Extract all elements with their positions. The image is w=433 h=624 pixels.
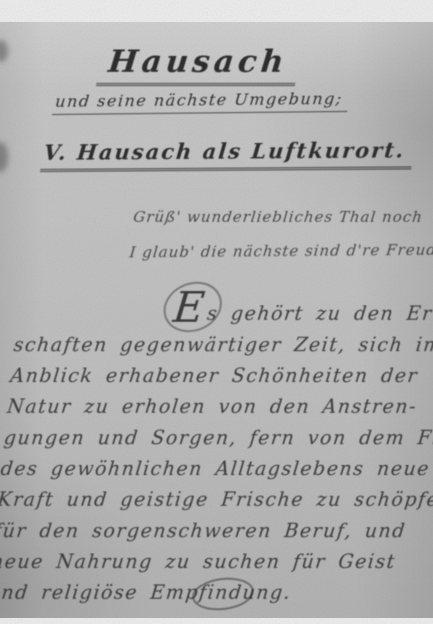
paragraph-line: des gewöhnlichen Alltagslebens neue bbox=[0, 454, 433, 485]
paragraph-line: Es gehört zu den Errungen- bbox=[15, 290, 433, 330]
paragraph-line: für den sorgenschweren Beruf, und bbox=[0, 516, 433, 547]
page-subtitle: und seine nächste Umgebung; bbox=[52, 89, 350, 115]
paragraph-line: Anblick erhabener Schönheiten der bbox=[9, 361, 433, 392]
body-paragraph: Es gehört zu den Errungen- schaften gege… bbox=[0, 290, 433, 609]
motto-line: Grüß' wunderliebliches Thal noch bbox=[132, 200, 433, 234]
paragraph-text: s gehört zu den Errungen- bbox=[206, 303, 433, 325]
paragraph-line: Natur zu erholen von den Anstren- bbox=[6, 392, 433, 423]
ornate-initial: E bbox=[171, 283, 208, 332]
section-heading: V. Hausach als Luftkurort. bbox=[40, 137, 415, 172]
paragraph-line: gungen und Sorgen, fern von dem Flug bbox=[2, 423, 433, 454]
page-title: Hausach bbox=[96, 44, 299, 86]
paragraph-line: Kraft und geistige Frische zu schöpfen bbox=[0, 485, 433, 516]
paragraph-line: schaften gegenwärtiger Zeit, sich im bbox=[12, 330, 433, 361]
manuscript-scan: Hausach und seine nächste Umgebung; V. H… bbox=[0, 0, 433, 624]
motto-block: Grüß' wunderliebliches Thal noch I glaub… bbox=[128, 200, 433, 268]
paragraph-line: neue Nahrung zu suchen für Geist bbox=[0, 547, 433, 578]
motto-line: I glaub' die nächste sind d're Freud bbox=[128, 233, 433, 270]
